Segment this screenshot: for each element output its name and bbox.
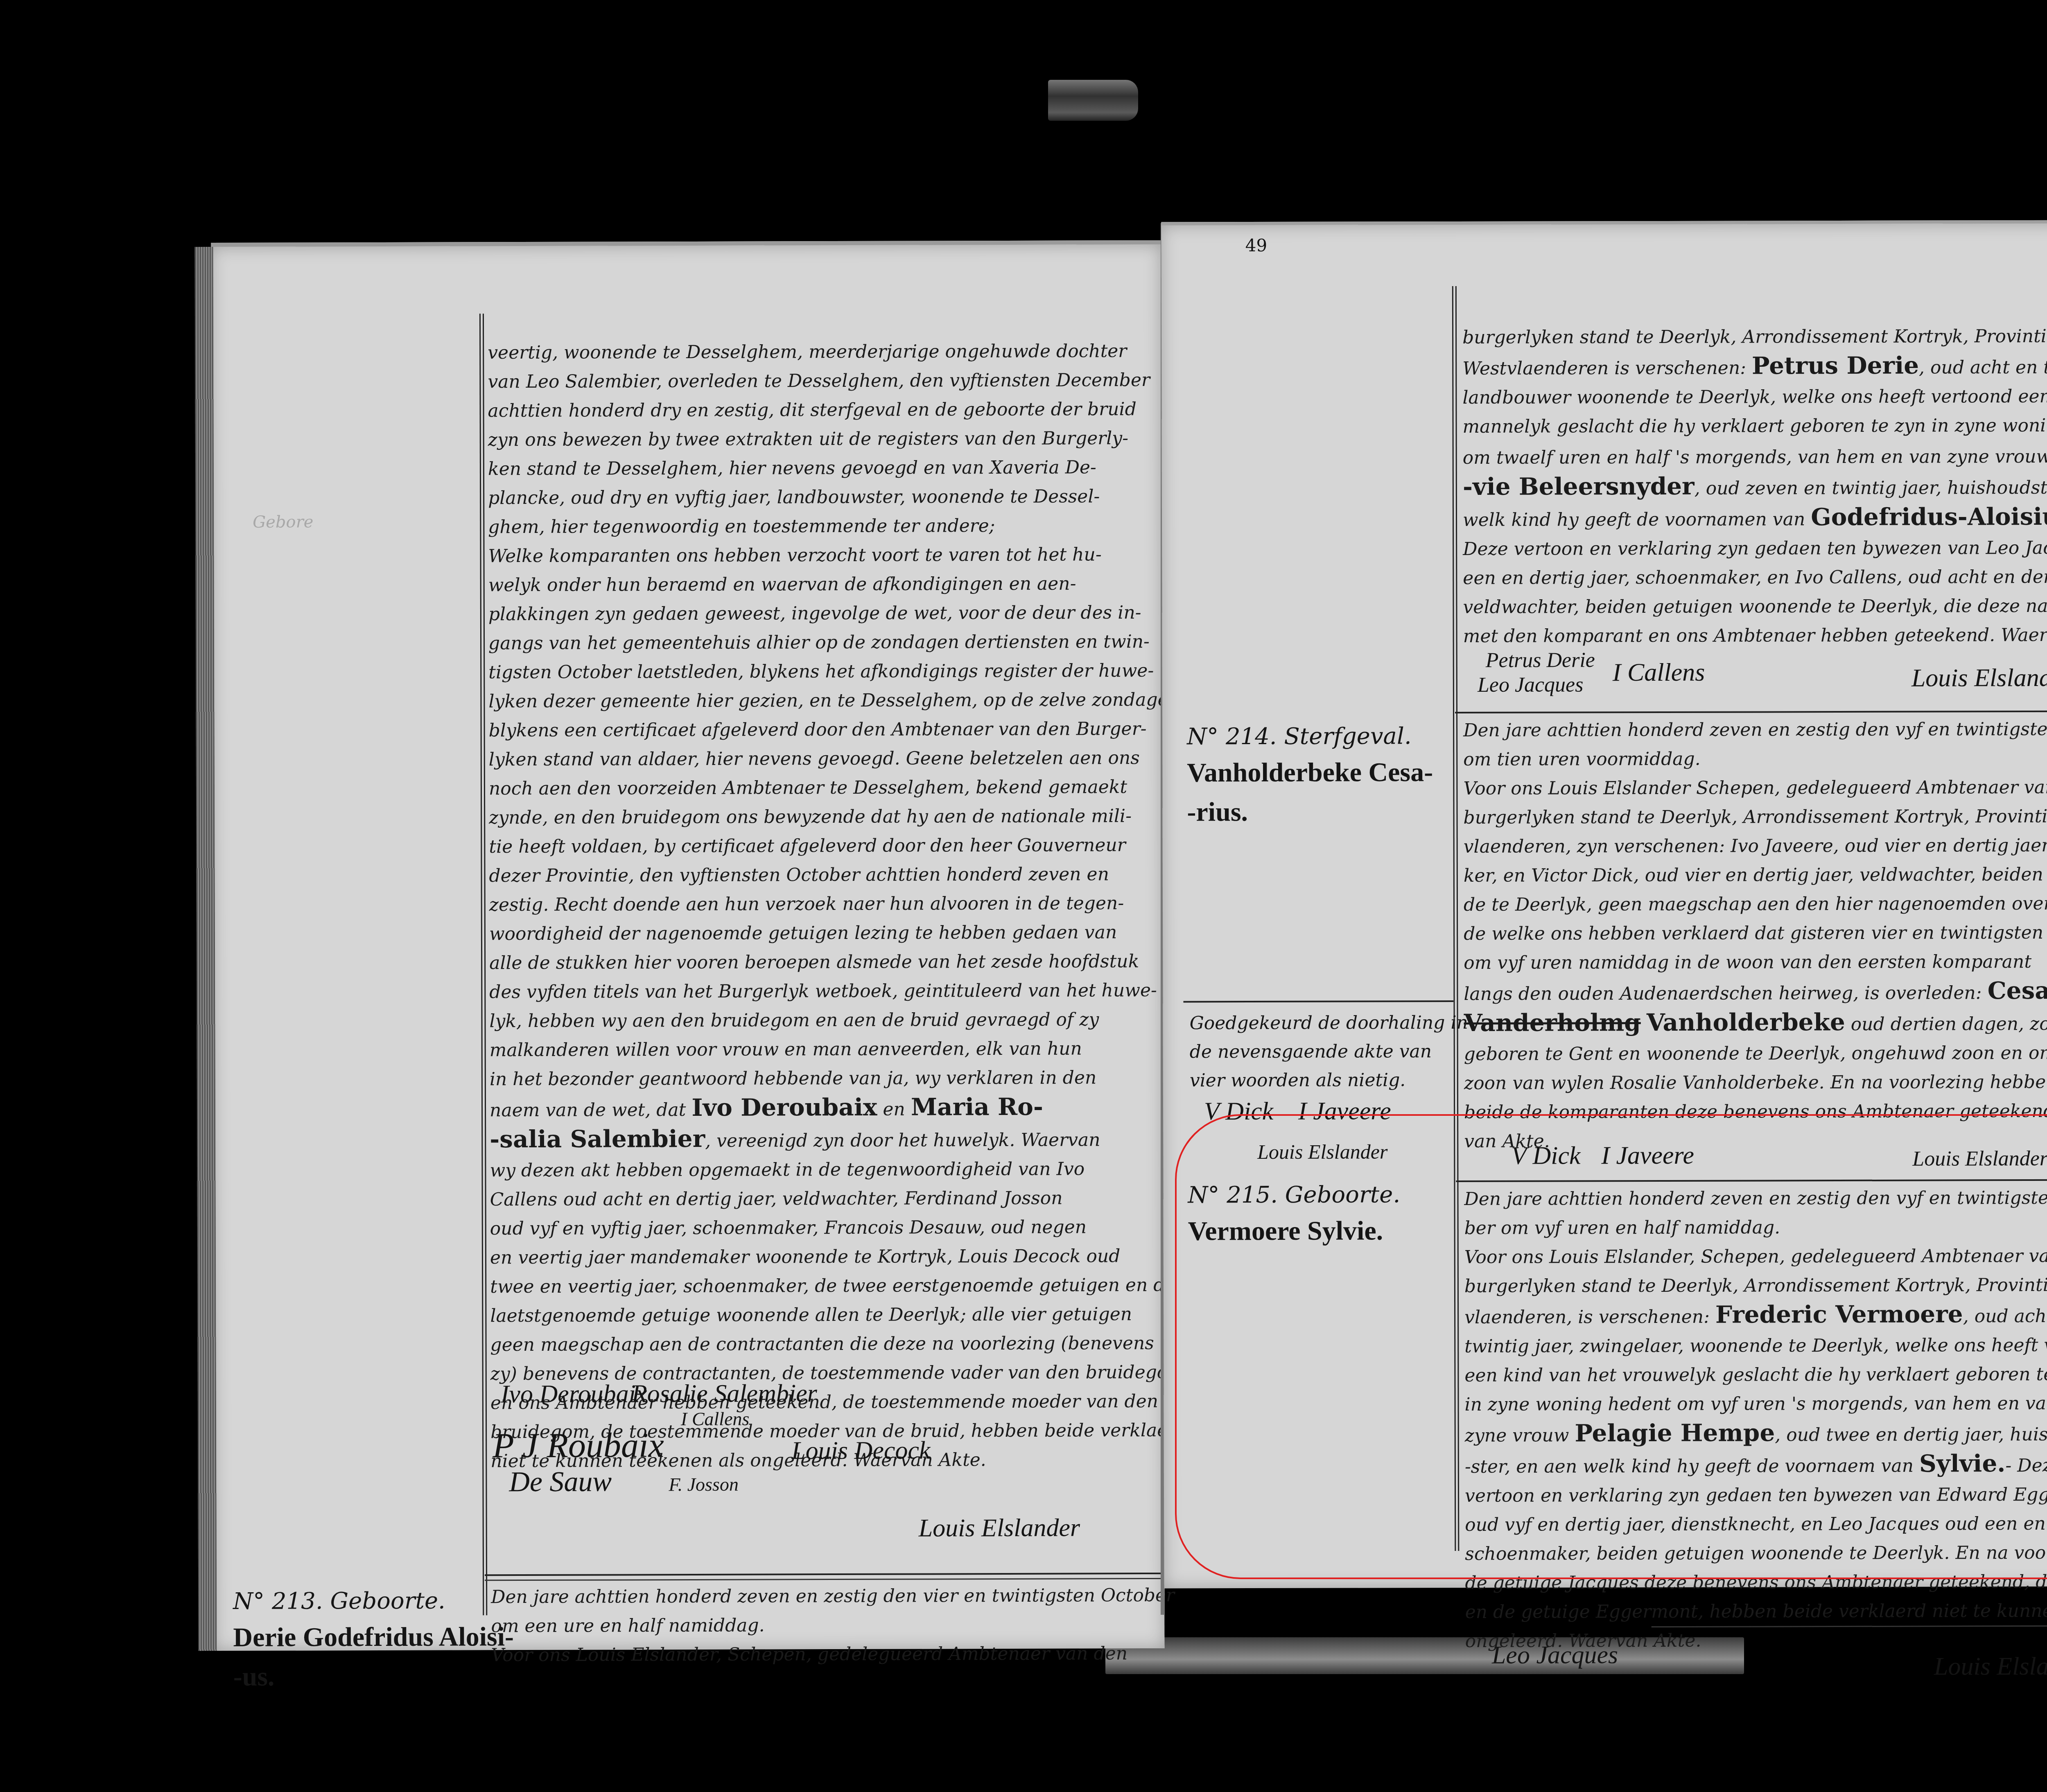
signature-jacques: Leo Jacques <box>1492 1641 1618 1670</box>
deceased-last-name: Vanholderbeke <box>1647 1008 1845 1036</box>
right-page: 49 burgerlyken stand te Deerlyk, Arrondi… <box>1161 220 2047 1589</box>
entry-215-text: Den jare achttien honderd zeven en zesti… <box>1464 1183 2047 1656</box>
entry-215-margin: N° 215. Geboorte. Vermoere Sylvie. <box>1188 1162 1400 1251</box>
entry-separator <box>1456 1179 2047 1182</box>
page-number: 49 <box>1245 235 1268 255</box>
entry-214-text: Den jare achttien honderd zeven en zesti… <box>1463 715 2047 1156</box>
margin-approval-note: Goedgekeurd de doorhaling in de nevensga… <box>1190 1009 1469 1095</box>
signature-josson: F. Josson <box>669 1474 739 1495</box>
entry-separator <box>485 1573 1164 1576</box>
mother-name: Pelagie Hempe <box>1575 1419 1775 1447</box>
entry-214-name: Vanholderbeke Cesa- <box>1187 753 1433 792</box>
signature-callens: I Callens <box>681 1408 750 1430</box>
margin-signature-dick: V Dick <box>1204 1097 1273 1126</box>
signature-dick: V Dick <box>1511 1141 1580 1170</box>
groom-name: Ivo Deroubaix <box>691 1093 877 1122</box>
signature-elslander: Louis Elslander <box>1912 1147 2047 1171</box>
margin-signature-elslander: Louis Elslander <box>1257 1140 1387 1164</box>
entry-214-margin: N° 214. Sterfgeval. Vanholderbeke Cesa- … <box>1187 720 1433 832</box>
entry-separator <box>1455 711 2047 713</box>
bride-name: Maria Ro- <box>911 1093 1043 1121</box>
signature-elslander: Louis Elslander <box>919 1513 1080 1543</box>
deceased-first-name: Cesarius <box>1988 977 2047 1005</box>
marriage-act-continuation: veertig, woonende te Desselghem, meerder… <box>488 336 1162 1476</box>
entry-213-number: N° 213. Geboorte. <box>233 1584 514 1618</box>
margin-double-rule <box>479 314 487 1615</box>
entry-213-margin: N° 213. Geboorte. Derie Godefridus Alois… <box>233 1584 514 1697</box>
entry-215-name: Vermoere Sylvie. <box>1188 1211 1401 1251</box>
margin-double-rule <box>1452 286 1459 1551</box>
margin-signature-javeere: I Javeere <box>1298 1097 1391 1126</box>
entry-separator-thin <box>485 1578 1164 1581</box>
entry-213-name: Derie Godefridus Aloisi- <box>233 1617 514 1657</box>
child-name: Godefridus-Aloisius. <box>1811 503 2047 531</box>
margin-separator <box>1183 1000 1453 1002</box>
child-name: Sylvie. <box>1919 1449 2006 1477</box>
entry-213-continued: burgerlyken stand te Deerlyk, Arrondisse… <box>1462 322 2047 651</box>
signature-callens: I Callens <box>1613 658 1705 687</box>
entry-215-number: N° 215. Geboorte. <box>1188 1178 1400 1212</box>
bride-name-cont: -salia Salembier <box>490 1125 705 1153</box>
signature-desauw: De Sauw <box>509 1465 612 1499</box>
signature-derie: Petrus Derie <box>1486 648 1595 673</box>
signature-bride: Rosalie Salembier <box>632 1379 817 1408</box>
signature-groom: Ivo Deroubaix <box>501 1379 647 1409</box>
binder-clip <box>1048 80 1138 121</box>
left-page: Gebore veertig, woonende te Desselghem, … <box>211 240 1165 1651</box>
signature-elslander: Louis Elslander <box>1934 1652 2047 1681</box>
signature-jacques: Leo Jacques <box>1478 673 1584 697</box>
signature-decock: Louis Decock <box>791 1436 930 1465</box>
father-name: Frederic Vermoere <box>1715 1300 1963 1328</box>
signature-elslander: Louis Elslander <box>1911 664 2047 693</box>
signature-javeere: I Javeere <box>1601 1141 1694 1170</box>
father-name: Petrus Derie <box>1752 352 1919 380</box>
struck-through-name: Vanderholmg <box>1464 1009 1641 1037</box>
entry-214-number: N° 214. Sterfgeval. <box>1187 720 1433 753</box>
signature-roubaix: P J Roubaix <box>493 1424 664 1466</box>
faint-margin-text: Gebore <box>253 512 313 531</box>
entry-213-text: Den jare achttien honderd zeven en zesti… <box>491 1581 1163 1670</box>
